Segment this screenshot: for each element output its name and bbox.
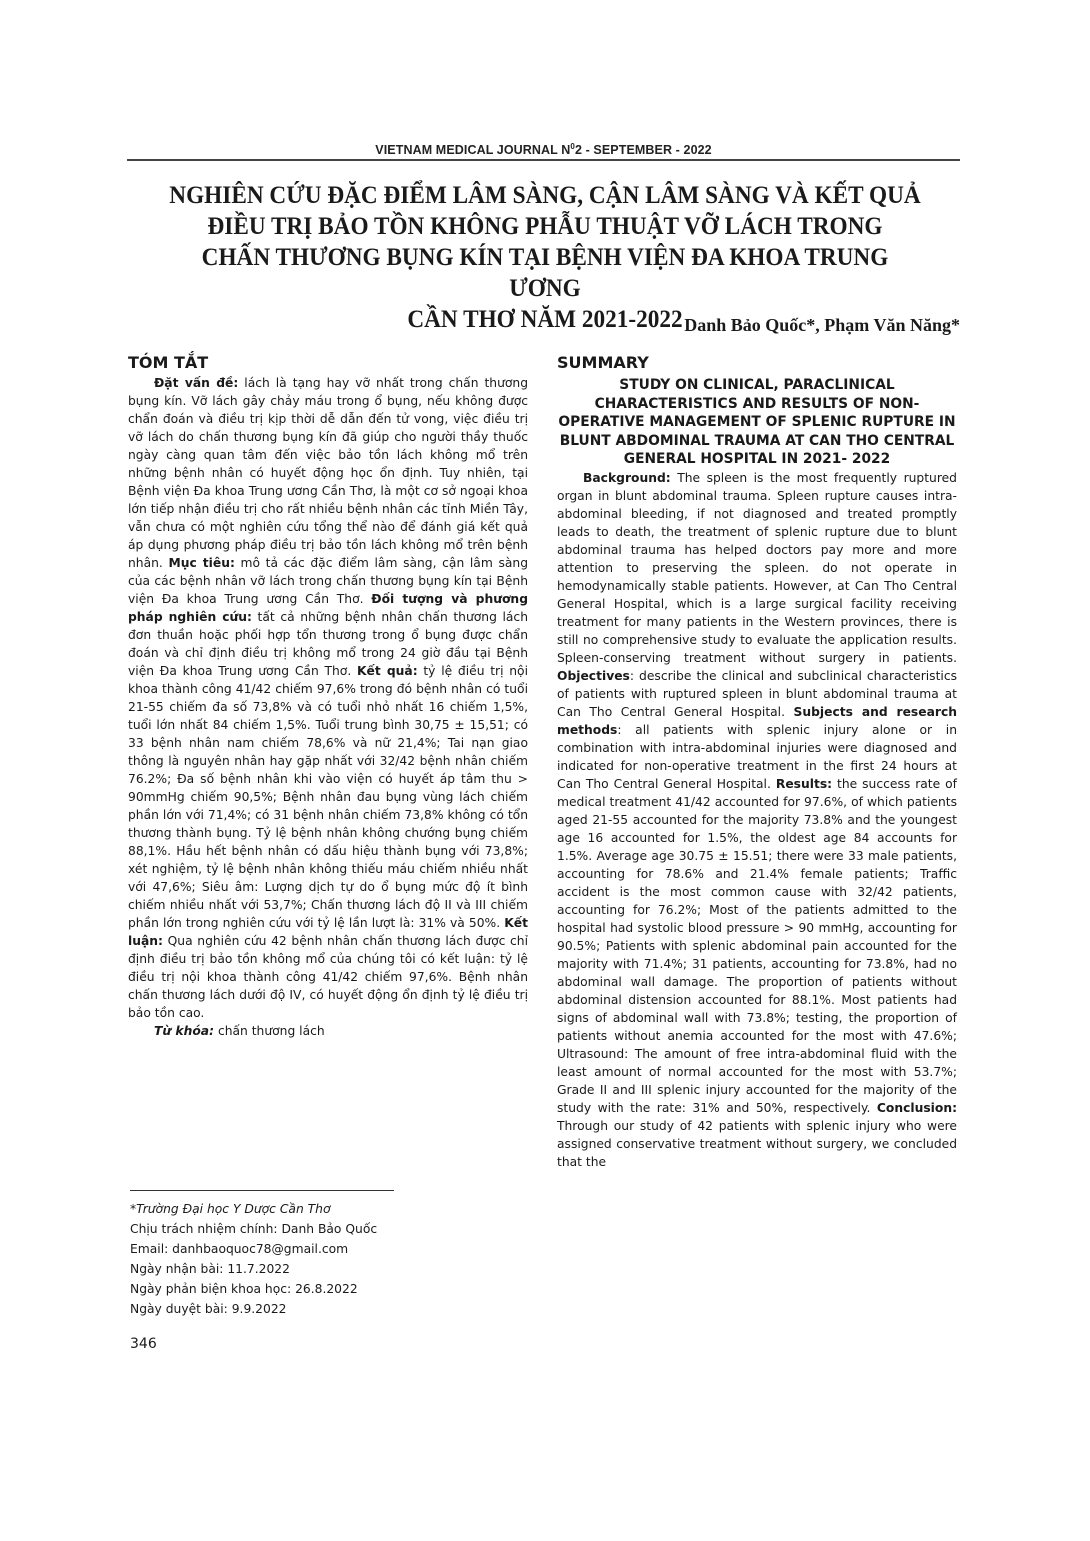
label-objectives: Mục tiêu: <box>168 556 234 570</box>
english-title: STUDY ON CLINICAL, PARACLINICAL CHARACTE… <box>557 376 957 469</box>
title-line-3: CHẤN THƯƠNG BỤNG KÍN TẠI BỆNH VIỆN ĐA KH… <box>168 242 921 304</box>
header-rule <box>127 159 960 161</box>
title-line-2: ĐIỀU TRỊ BẢO TỒN KHÔNG PHẪU THUẬT VỠ LÁC… <box>168 211 921 242</box>
text-conclusion-en: Through our study of 42 patients with sp… <box>557 1119 957 1169</box>
english-abstract: SUMMARY STUDY ON CLINICAL, PARACLINICAL … <box>557 352 957 1171</box>
page-number: 346 <box>130 1336 157 1352</box>
label-conclusion-en: Conclusion: <box>877 1101 957 1115</box>
text-results: tỷ lệ điều trị nội khoa thành công 41/42… <box>128 664 528 930</box>
label-background-en: Background: <box>583 471 671 485</box>
keywords: Từ khóa: chấn thương lách <box>128 1022 528 1040</box>
keywords-text: chấn thương lách <box>214 1024 325 1038</box>
running-header: VIETNAM MEDICAL JOURNAL N02 - SEPTEMBER … <box>127 142 960 157</box>
footnote-rule <box>130 1190 394 1191</box>
journal-name: VIETNAM MEDICAL JOURNAL N <box>375 143 570 157</box>
footnotes: *Trường Đại học Y Dược Cần Thơ Chịu trác… <box>130 1199 377 1319</box>
label-objectives-en: Objectives <box>557 669 630 683</box>
vietnamese-abstract: TÓM TẮT Đặt vấn đề: lách là tạng hay vỡ … <box>128 352 528 1040</box>
title-line-1: NGHIÊN CỨU ĐẶC ĐIỂM LÂM SÀNG, CẬN LÂM SÀ… <box>168 180 921 211</box>
issue-date: 2 - SEPTEMBER - 2022 <box>575 143 712 157</box>
text-background-en: The spleen is the most frequently ruptur… <box>557 471 957 665</box>
keywords-label: Từ khóa: <box>154 1024 214 1038</box>
abstract-body-vn: Đặt vấn đề: lách là tạng hay vỡ nhất tro… <box>128 374 528 1022</box>
text-results-en: the success rate of medical treatment 41… <box>557 777 957 1115</box>
label-results: Kết quả: <box>357 664 418 678</box>
authors: Danh Bảo Quốc*, Phạm Văn Năng* <box>684 315 960 336</box>
text-conclusion: Qua nghiên cứu 42 bệnh nhân chấn thương … <box>128 934 528 1020</box>
date-received: Ngày nhận bài: 11.7.2022 <box>130 1259 377 1279</box>
corresponding-author: Chịu trách nhiệm chính: Danh Bảo Quốc <box>130 1219 377 1239</box>
label-background: Đặt vấn đề: <box>154 376 238 390</box>
journal-page: VIETNAM MEDICAL JOURNAL N02 - SEPTEMBER … <box>0 0 1090 1541</box>
email-link[interactable]: Email: danhbaoquoc78@gmail.com <box>130 1239 377 1259</box>
article-title: NGHIÊN CỨU ĐẶC ĐIỂM LÂM SÀNG, CẬN LÂM SÀ… <box>168 180 921 335</box>
text-background: lách là tạng hay vỡ nhất trong chấn thươ… <box>128 376 528 570</box>
section-heading-tom-tat: TÓM TẮT <box>128 352 528 374</box>
affiliation: *Trường Đại học Y Dược Cần Thơ <box>130 1199 377 1219</box>
section-heading-summary: SUMMARY <box>557 352 957 374</box>
abstract-body-en: Background: The spleen is the most frequ… <box>557 469 957 1171</box>
date-reviewed: Ngày phản biện khoa học: 26.8.2022 <box>130 1279 377 1299</box>
label-results-en: Results: <box>776 777 832 791</box>
date-accepted: Ngày duyệt bài: 9.9.2022 <box>130 1299 377 1319</box>
